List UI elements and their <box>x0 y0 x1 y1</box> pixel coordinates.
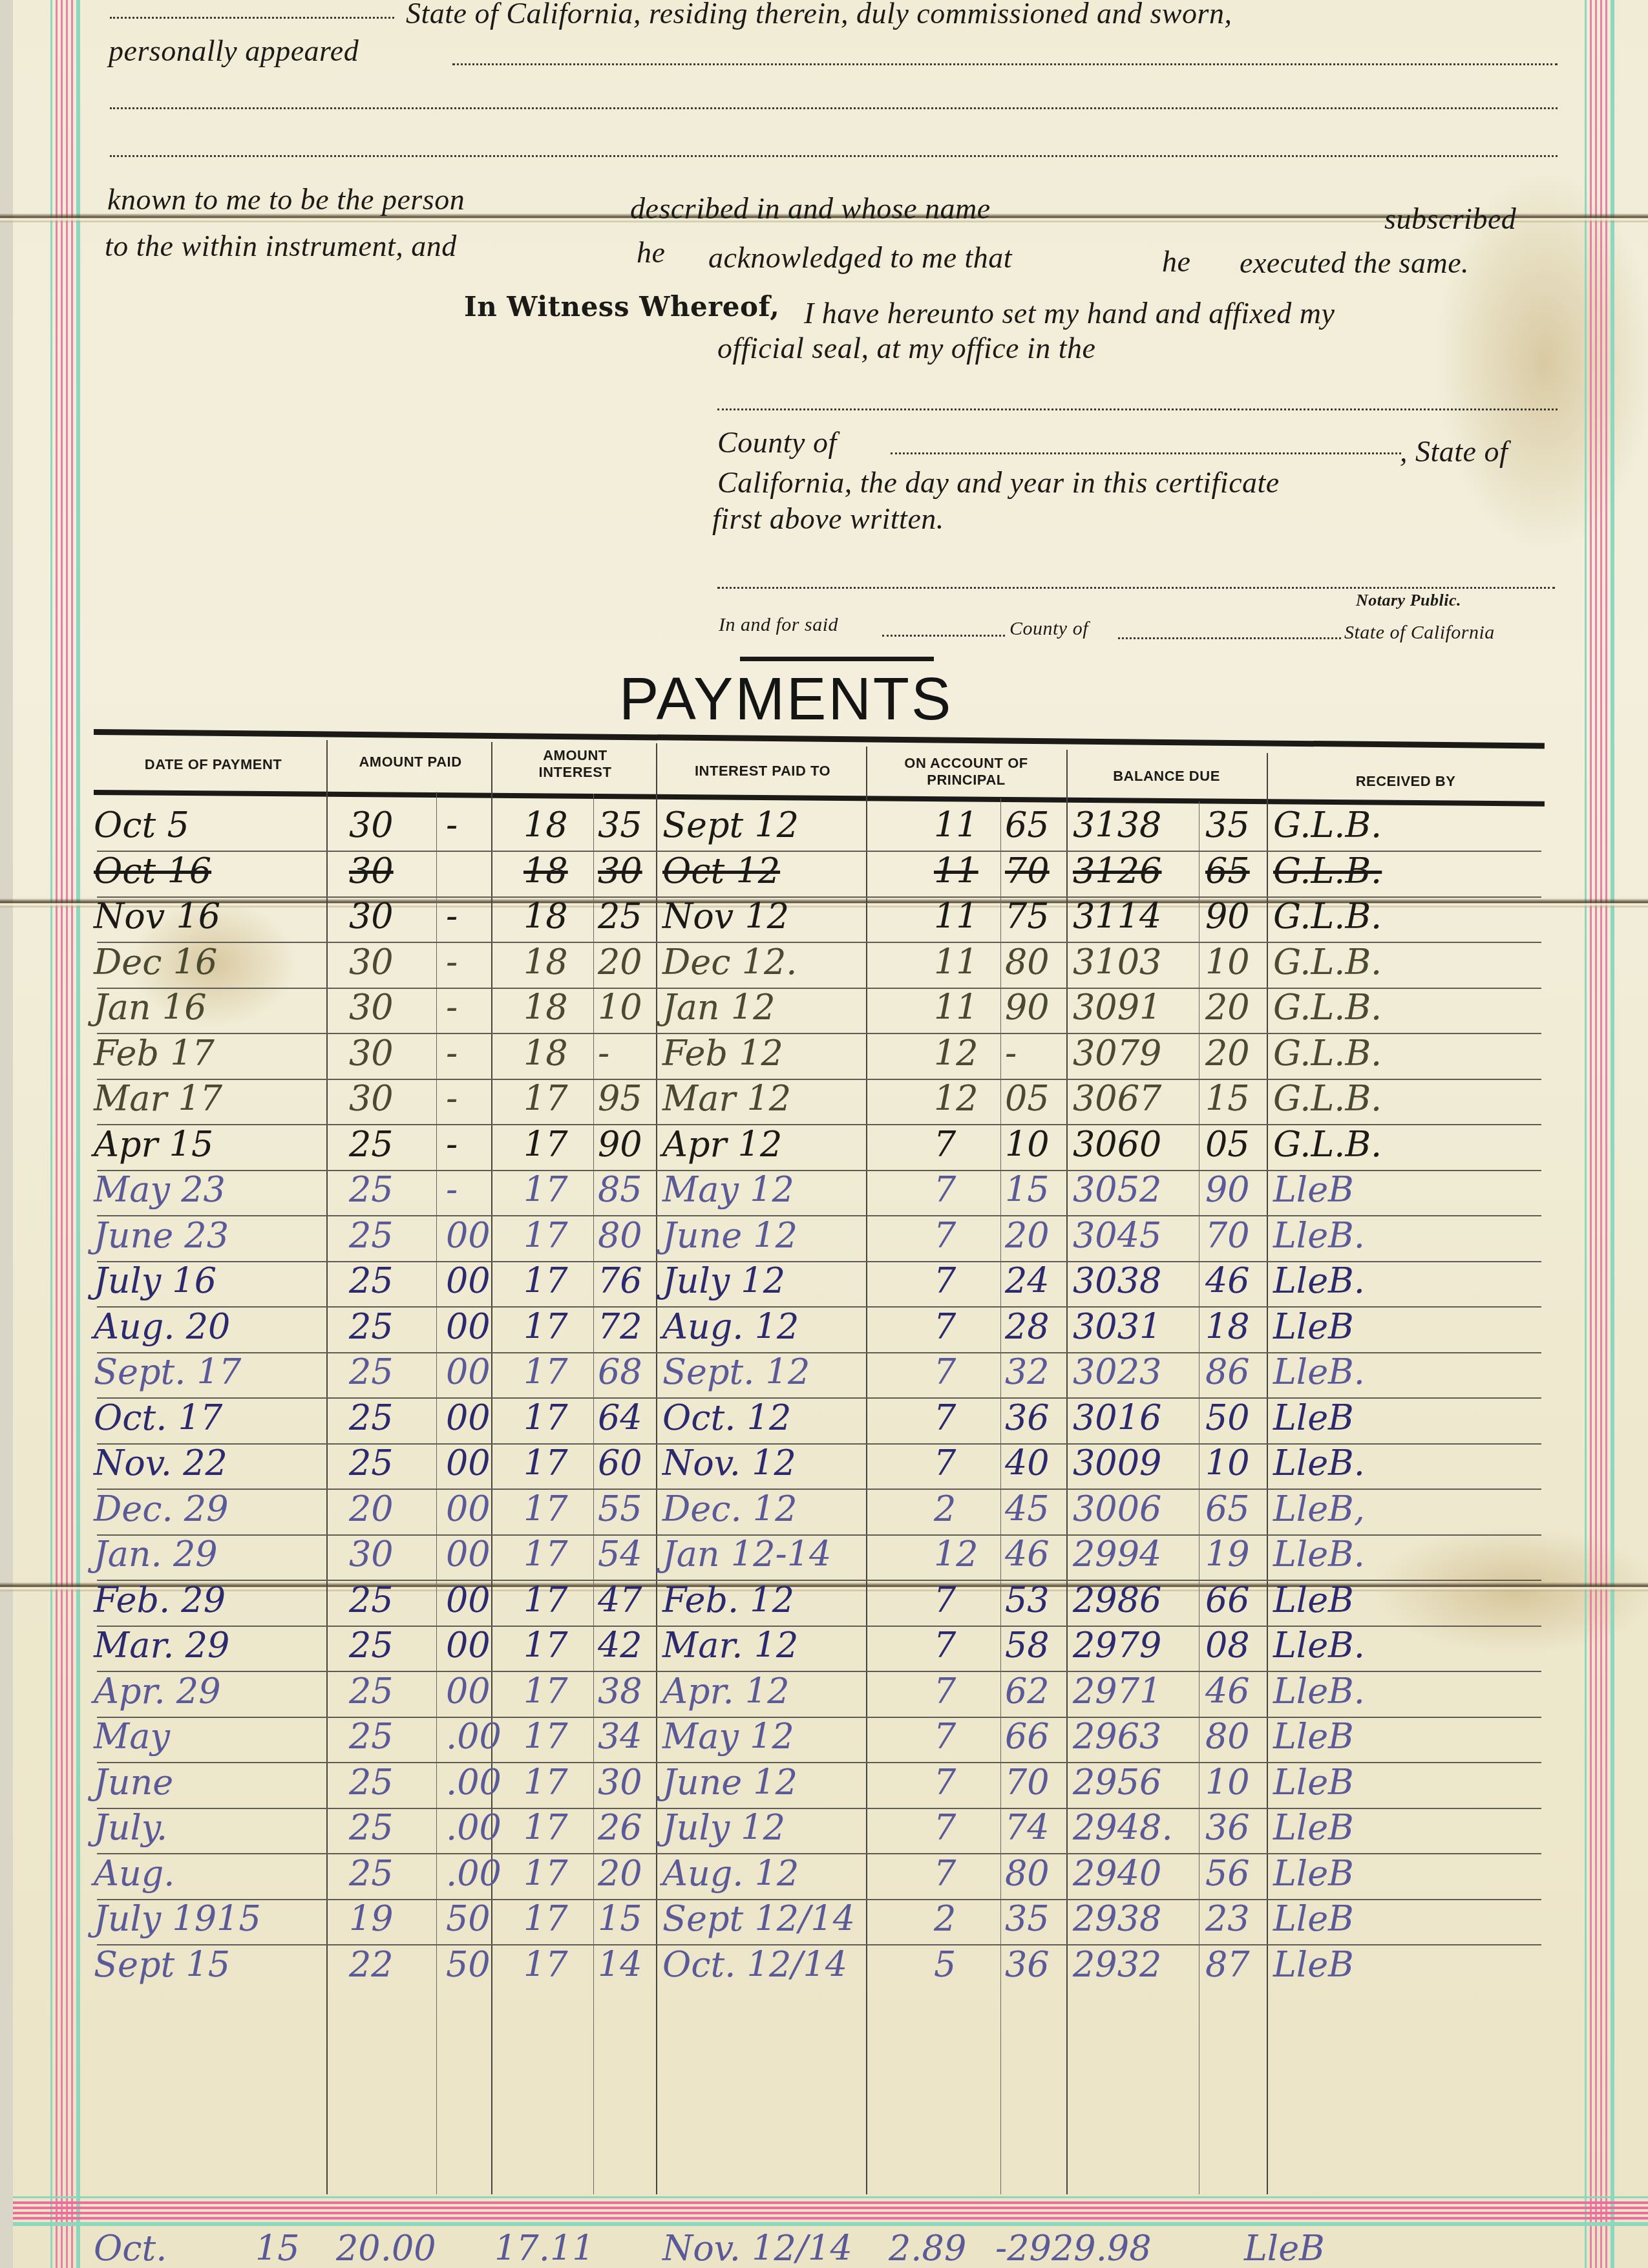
payment-row[interactable]: Oct 530-1835Sept 121165313835G.L.B. <box>94 808 1545 847</box>
interest-cents-cell: 80 <box>598 1214 642 1257</box>
first-above-written: first above written. <box>712 502 944 536</box>
principal-cents-cell: 80 <box>1005 941 1050 984</box>
received-by-cell: LleB <box>1273 1715 1354 1758</box>
principal-cell: 11 <box>934 986 978 1029</box>
blank-line[interactable] <box>110 107 1558 109</box>
interest-cell: 17 <box>523 1807 568 1849</box>
bottom-margin-rule <box>13 2196 1648 2226</box>
balance-cell: 3023 <box>1073 1351 1161 1394</box>
interest-cell: 17 <box>523 1533 568 1576</box>
balance-cell: 2971 <box>1073 1670 1161 1713</box>
overflow-payment-row[interactable]: Oct. 15 20.00 17.11 Nov. 12/14 2.89 -292… <box>94 2231 1545 2268</box>
principal-cents-cell: 10 <box>1005 1123 1050 1166</box>
blank-line[interactable] <box>1118 637 1341 639</box>
interest-paid-to-cell: Feb 12 <box>662 1032 783 1075</box>
blank-line[interactable] <box>110 155 1558 157</box>
principal-cents-cell: 40 <box>1005 1442 1050 1485</box>
balance-cents-cell: 66 <box>1205 1579 1250 1622</box>
interest-cell: 17 <box>523 1123 568 1166</box>
principal-cell: 7 <box>934 1260 956 1302</box>
balance-cell: 3045 <box>1073 1214 1161 1257</box>
principal-cents-cell: 15 <box>1005 1169 1050 1211</box>
interest-paid-to-cell: Dec. 12 <box>662 1488 798 1531</box>
payment-row[interactable]: Feb. 2925001747Feb. 12753298666LleB <box>94 1583 1545 1622</box>
balance-cell: 3009 <box>1073 1442 1161 1485</box>
balance-cell: 3038 <box>1073 1260 1161 1302</box>
amount-paid-cents-cell: .00 <box>446 1807 502 1849</box>
col-amount-paid: AMOUNT PAID <box>333 754 488 770</box>
payment-row[interactable]: May25.001734May 12766296380LleB <box>94 1719 1545 1758</box>
principal-cents-cell: 20 <box>1005 1214 1050 1257</box>
principal-cell: 7 <box>934 1761 956 1804</box>
principal-cents-cell: 90 <box>1005 986 1050 1029</box>
balance-cell: 2956 <box>1073 1761 1161 1804</box>
balance-cents-cell: 10 <box>1205 1442 1250 1485</box>
certificate-he: he <box>637 235 665 270</box>
balance-cents-cell: 05 <box>1205 1123 1250 1166</box>
interest-cents-cell: 30 <box>598 850 642 893</box>
certificate-subscribed: subscribed <box>1384 202 1516 236</box>
principal-cell: 7 <box>934 1351 956 1394</box>
interest-cell: 17 <box>523 1715 568 1758</box>
payment-row[interactable]: July 191519501715Sept 12/14235293823LleB <box>94 1902 1545 1940</box>
principal-cents-cell: 05 <box>1005 1077 1050 1120</box>
certificate-line-1: State of California, residing therein, d… <box>406 0 1232 30</box>
blank-line[interactable] <box>882 635 1005 637</box>
payment-row[interactable]: Jan. 2930001754Jan 12-141246299419LleB. <box>94 1537 1545 1576</box>
amount-paid-cents-cell: 00 <box>446 1306 491 1348</box>
received-by-cell: LleB. <box>1273 1260 1365 1302</box>
principal-cell: 7 <box>934 1123 956 1166</box>
interest-cell: 17 <box>523 1898 568 1940</box>
amount-paid-cell: 30 <box>349 895 394 938</box>
balance-cents-cell: 36 <box>1205 1807 1250 1849</box>
amount-paid-cell: 25 <box>349 1123 394 1166</box>
amount-paid-cents-cell: - <box>446 941 458 984</box>
balance-cents-cell: 10 <box>1205 941 1250 984</box>
balance-cell: 3031 <box>1073 1306 1161 1348</box>
interest-cents-cell: 30 <box>598 1761 642 1804</box>
interest-cents-cell: 14 <box>598 1944 642 1986</box>
amount-paid-cell: 25 <box>349 1442 394 1485</box>
balance-cents-cell: 18 <box>1205 1306 1250 1348</box>
state-of-label: , State of <box>1400 434 1508 469</box>
balance-cell: 2986 <box>1073 1579 1161 1622</box>
principal-cents-cell: 36 <box>1005 1397 1050 1439</box>
principal-cents-cell: 80 <box>1005 1852 1050 1895</box>
date-cell: Jan. 29 <box>94 1533 218 1576</box>
signature-blank[interactable] <box>717 587 1555 589</box>
date-cell: Sept 15 <box>94 1944 230 1986</box>
balance-cell: 3138 <box>1073 804 1161 847</box>
balance-cell: 2994 <box>1073 1533 1161 1576</box>
certificate-he: he <box>1162 244 1190 279</box>
interest-paid-to-cell: Sept 12 <box>662 804 799 847</box>
principal-cents-cell: 58 <box>1005 1624 1050 1667</box>
date-cell: Sept. 17 <box>94 1351 241 1394</box>
date-cell: Mar 17 <box>94 1077 222 1120</box>
interest-cents-cell: 85 <box>598 1169 642 1211</box>
interest-paid-to-cell: May 12 <box>662 1169 794 1211</box>
county-of-label: County of <box>717 425 837 460</box>
witness-text: I have hereunto set my hand and affixed … <box>804 296 1335 330</box>
received-by-cell: LleB. <box>1273 1214 1365 1257</box>
date-cell: Oct 16 <box>94 850 211 893</box>
interest-paid-to-cell: Sept. 12 <box>662 1351 810 1394</box>
overflow-paid-to: Nov. 12/14 <box>662 2227 852 2268</box>
principal-cents-cell: 70 <box>1005 1761 1050 1804</box>
balance-cents-cell: 08 <box>1205 1624 1250 1667</box>
balance-cents-cell: 35 <box>1205 804 1250 847</box>
principal-cell: 12 <box>934 1533 978 1576</box>
blank-line[interactable] <box>110 17 394 19</box>
amount-paid-cell: 30 <box>349 986 394 1029</box>
balance-cents-cell: 86 <box>1205 1351 1250 1394</box>
left-margin-rule <box>50 0 80 2268</box>
balance-cell: 3052 <box>1073 1169 1161 1211</box>
amount-paid-cell: 19 <box>349 1898 394 1940</box>
interest-cell: 17 <box>523 1214 568 1257</box>
interest-paid-to-cell: Oct 12 <box>662 850 780 893</box>
amount-paid-cents-cell: 00 <box>446 1533 491 1576</box>
payment-row[interactable]: Aug.25.001720Aug. 12780294056LleB <box>94 1856 1545 1895</box>
payment-row[interactable]: Apr 1525-1790Apr 12710306005G.L.B. <box>94 1127 1545 1166</box>
amount-paid-cell: 25 <box>349 1579 394 1622</box>
witness-heading: In Witness Whereof, <box>464 291 779 323</box>
date-cell: Dec. 29 <box>94 1488 229 1531</box>
payment-row[interactable]: June 2325001780June 12720304570LleB. <box>94 1218 1545 1257</box>
date-cell: Nov 16 <box>94 895 220 938</box>
date-cell: July. <box>94 1807 167 1849</box>
interest-cents-cell: 35 <box>598 804 642 847</box>
overflow-principal: 2.89 <box>889 2227 966 2268</box>
amount-paid-cell: 20 <box>349 1488 394 1531</box>
balance-cents-cell: 50 <box>1205 1397 1250 1439</box>
interest-cents-cell: 47 <box>598 1579 642 1622</box>
principal-cents-cell: 46 <box>1005 1533 1050 1576</box>
interest-cell: 17 <box>523 1351 568 1394</box>
county-of-small: County of <box>1009 618 1088 640</box>
balance-cell: 3103 <box>1073 941 1161 984</box>
interest-paid-to-cell: May 12 <box>662 1715 794 1758</box>
balance-cell: 2948. <box>1073 1807 1173 1849</box>
payment-row[interactable]: Dec. 2920001755Dec. 12245300665LleB, <box>94 1492 1545 1531</box>
received-by-cell: LleB <box>1273 1852 1354 1895</box>
balance-cents-cell: 80 <box>1205 1715 1250 1758</box>
interest-paid-to-cell: June 12 <box>662 1214 798 1257</box>
blank-line[interactable] <box>717 408 1558 410</box>
payment-row[interactable]: July.25.001726July 127742948.36LleB <box>94 1810 1545 1849</box>
interest-cell: 18 <box>523 986 568 1029</box>
date-cell: May 23 <box>94 1169 226 1211</box>
interest-cell: 17 <box>523 1761 568 1804</box>
date-cell: July 1915 <box>94 1898 261 1940</box>
interest-cents-cell: 10 <box>598 986 642 1029</box>
received-by-cell: LleB <box>1273 1169 1354 1211</box>
amount-paid-cell: 25 <box>349 1260 394 1302</box>
balance-cell: 3060 <box>1073 1123 1161 1166</box>
interest-cell: 17 <box>523 1442 568 1485</box>
balance-cents-cell: 70 <box>1205 1214 1250 1257</box>
received-by-cell: G.L.B. <box>1273 850 1382 893</box>
state-of-california: State of California <box>1344 622 1495 644</box>
balance-cents-cell: 20 <box>1205 986 1250 1029</box>
amount-paid-cell: 30 <box>349 1077 394 1120</box>
payment-row[interactable]: Oct. 1725001764Oct. 12736301650LleB <box>94 1401 1545 1439</box>
interest-cell: 18 <box>523 1032 568 1075</box>
amount-paid-cents-cell: 00 <box>446 1260 491 1302</box>
payment-row[interactable]: Nov 1630-1825Nov 121175311490G.L.B. <box>94 899 1545 938</box>
balance-cents-cell: 87 <box>1205 1944 1250 1986</box>
received-by-cell: LleB. <box>1273 1351 1365 1394</box>
amount-paid-cell: 25 <box>349 1306 394 1348</box>
certificate-executed: executed the same. <box>1240 246 1469 280</box>
payment-row[interactable]: Oct 16301830Oct 121170312665G.L.B. <box>94 854 1545 893</box>
balance-cell: 2938 <box>1073 1898 1161 1940</box>
payment-row[interactable]: Apr. 2925001738Apr. 12762297146LleB. <box>94 1674 1545 1713</box>
payment-row[interactable]: June25.001730June 12770295610LleB <box>94 1765 1545 1804</box>
overflow-balance: -2929.98 <box>995 2227 1152 2268</box>
interest-cell: 17 <box>523 1579 568 1622</box>
balance-cents-cell: 46 <box>1205 1260 1250 1302</box>
balance-cell: 2963 <box>1073 1715 1161 1758</box>
principal-cell: 12 <box>934 1032 978 1075</box>
interest-cell: 17 <box>523 1077 568 1120</box>
payment-row[interactable]: Jan 1630-1810Jan 121190309120G.L.B. <box>94 990 1545 1029</box>
interest-paid-to-cell: Mar 12 <box>662 1077 791 1120</box>
balance-cents-cell: 65 <box>1205 1488 1250 1531</box>
payment-row[interactable]: Mar. 2925001742Mar. 12758297908LleB. <box>94 1628 1545 1667</box>
amount-paid-cell: 25 <box>349 1761 394 1804</box>
amount-paid-cents-cell: 00 <box>446 1579 491 1622</box>
interest-paid-to-cell: Mar. 12 <box>662 1624 798 1667</box>
received-by-cell: G.L.B. <box>1273 941 1382 984</box>
principal-cents-cell: 45 <box>1005 1488 1050 1531</box>
interest-cents-cell: 95 <box>598 1077 642 1120</box>
date-cell: Nov. 22 <box>94 1442 227 1485</box>
col-received-by: RECEIVED BY <box>1270 773 1541 790</box>
received-by-cell: LleB <box>1273 1579 1354 1622</box>
interest-paid-to-cell: Jan 12 <box>662 986 776 1029</box>
interest-cents-cell: 42 <box>598 1624 642 1667</box>
interest-cents-cell: 25 <box>598 895 642 938</box>
county-blank[interactable] <box>891 452 1401 454</box>
principal-cell: 2 <box>934 1898 956 1940</box>
principal-cents-cell: 74 <box>1005 1807 1050 1849</box>
overflow-year: 15 <box>255 2227 300 2268</box>
interest-cell: 18 <box>523 941 568 984</box>
interest-cents-cell: 15 <box>598 1898 642 1940</box>
interest-paid-to-cell: Apr 12 <box>662 1123 782 1166</box>
principal-cell: 11 <box>934 850 978 893</box>
interest-paid-to-cell: July 12 <box>662 1260 785 1302</box>
interest-paid-to-cell: July 12 <box>662 1807 785 1849</box>
interest-cents-cell: 72 <box>598 1306 642 1348</box>
balance-cents-cell: 10 <box>1205 1761 1250 1804</box>
certificate-known-to-me: known to me to be the person <box>107 182 465 217</box>
amount-paid-cents-cell: 50 <box>446 1944 491 1986</box>
date-cell: Aug. <box>94 1852 175 1895</box>
principal-cents-cell: 66 <box>1005 1715 1050 1758</box>
interest-cents-cell: 76 <box>598 1260 642 1302</box>
amount-paid-cents-cell: 00 <box>446 1624 491 1667</box>
principal-cell: 7 <box>934 1624 956 1667</box>
balance-cents-cell: 19 <box>1205 1533 1250 1576</box>
received-by-cell: LleB <box>1273 1898 1354 1940</box>
principal-cents-cell: 65 <box>1005 804 1050 847</box>
interest-cents-cell: 55 <box>598 1488 642 1531</box>
balance-cell: 3091 <box>1073 986 1161 1029</box>
principal-cell: 7 <box>934 1442 956 1485</box>
principal-cell: 7 <box>934 1214 956 1257</box>
interest-cell: 18 <box>523 804 568 847</box>
amount-paid-cents-cell: .00 <box>446 1852 502 1895</box>
blank-line[interactable] <box>452 63 1558 65</box>
payment-row[interactable]: Aug. 2025001772Aug. 12728303118LleB <box>94 1309 1545 1348</box>
certificate-described: described in and whose name <box>630 191 991 226</box>
amount-paid-cell: 25 <box>349 1397 394 1439</box>
interest-paid-to-cell: Jan 12-14 <box>662 1533 831 1576</box>
interest-cell: 17 <box>523 1670 568 1713</box>
date-cell: Mar. 29 <box>94 1624 229 1667</box>
received-by-cell: LleB. <box>1273 1533 1365 1576</box>
balance-cents-cell: 65 <box>1205 850 1250 893</box>
principal-cell: 11 <box>934 941 978 984</box>
amount-paid-cell: 25 <box>349 1169 394 1211</box>
principal-cents-cell: 28 <box>1005 1306 1050 1348</box>
principal-cents-cell: 35 <box>1005 1898 1050 1940</box>
amount-paid-cents-cell: - <box>446 1123 458 1166</box>
payment-row[interactable]: May 2325-1785May 12715305290LleB <box>94 1172 1545 1211</box>
amount-paid-cell: 25 <box>349 1715 394 1758</box>
balance-cents-cell: 46 <box>1205 1670 1250 1713</box>
principal-cell: 7 <box>934 1807 956 1849</box>
principal-cents-cell: 36 <box>1005 1944 1050 1986</box>
payment-row[interactable]: Nov. 2225001760Nov. 12740300910LleB. <box>94 1446 1545 1485</box>
payment-row[interactable]: Dec 1630-1820Dec 12.1180310310G.L.B. <box>94 945 1545 984</box>
balance-cents-cell: 90 <box>1205 1169 1250 1211</box>
certificate-within-instrument: to the within instrument, and <box>105 229 457 263</box>
interest-cents-cell: 68 <box>598 1351 642 1394</box>
interest-paid-to-cell: Aug. 12 <box>662 1306 799 1348</box>
payment-row[interactable]: July 1625001776July 12724303846LleB. <box>94 1264 1545 1302</box>
balance-cell: 2932 <box>1073 1944 1161 1986</box>
interest-cell: 17 <box>523 1397 568 1439</box>
principal-cents-cell: 62 <box>1005 1670 1050 1713</box>
interest-cents-cell: 60 <box>598 1442 642 1485</box>
interest-cell: 17 <box>523 1624 568 1667</box>
principal-cell: 2 <box>934 1488 956 1531</box>
certificate-acknowledged: acknowledged to me that <box>708 240 1012 275</box>
amount-paid-cents-cell: 00 <box>446 1670 491 1713</box>
received-by-cell: LleB <box>1273 1761 1354 1804</box>
balance-cell: 3079 <box>1073 1032 1161 1075</box>
principal-cents-cell: 24 <box>1005 1260 1050 1302</box>
payment-row[interactable]: Mar 1730-1795Mar 121205306715G.L.B. <box>94 1081 1545 1120</box>
interest-paid-to-cell: June 12 <box>662 1761 798 1804</box>
date-cell: Apr 15 <box>94 1123 213 1166</box>
balance-cents-cell: 56 <box>1205 1852 1250 1895</box>
interest-paid-to-cell: Dec 12. <box>662 941 798 984</box>
principal-cell: 7 <box>934 1852 956 1895</box>
received-by-cell: G.L.B. <box>1273 804 1382 847</box>
interest-cell: 17 <box>523 1852 568 1895</box>
balance-cell: 3114 <box>1073 895 1161 938</box>
amount-paid-cents-cell: - <box>446 1077 458 1120</box>
date-cell: June 23 <box>94 1214 229 1257</box>
amount-paid-cell: 25 <box>349 1624 394 1667</box>
interest-paid-to-cell: Nov 12 <box>662 895 789 938</box>
amount-paid-cents-cell: - <box>446 1169 458 1211</box>
balance-cents-cell: 90 <box>1205 895 1250 938</box>
date-cell: Oct 5 <box>94 804 189 847</box>
principal-cell: 7 <box>934 1397 956 1439</box>
interest-paid-to-cell: Oct. 12/14 <box>662 1944 847 1986</box>
seal-text: official seal, at my office in the <box>717 331 1096 365</box>
amount-paid-cell: 22 <box>349 1944 394 1986</box>
amount-paid-cents-cell: .00 <box>446 1715 502 1758</box>
received-by-cell: G.L.B. <box>1273 986 1382 1029</box>
amount-paid-cell: 25 <box>349 1807 394 1849</box>
interest-cents-cell: 54 <box>598 1533 642 1576</box>
interest-paid-to-cell: Sept 12/14 <box>662 1898 855 1940</box>
principal-cents-cell: 32 <box>1005 1351 1050 1394</box>
amount-paid-cents-cell: 50 <box>446 1898 491 1940</box>
interest-cell: 18 <box>523 850 568 893</box>
col-on-account-of-principal: ON ACCOUNT OF PRINCIPAL <box>869 755 1063 789</box>
date-cell: Dec 16 <box>94 941 217 984</box>
principal-cell: 7 <box>934 1579 956 1622</box>
principal-cell: 5 <box>934 1944 956 1986</box>
payments-title: PAYMENTS <box>619 666 953 734</box>
principal-cell: 12 <box>934 1077 978 1120</box>
interest-cents-cell: 90 <box>598 1123 642 1166</box>
date-cell: Feb. 29 <box>94 1579 226 1622</box>
notary-public-label: Notary Public. <box>1356 591 1461 610</box>
amount-paid-cell: 25 <box>349 1852 394 1895</box>
principal-cell: 11 <box>934 804 978 847</box>
amount-paid-cents-cell: 00 <box>446 1397 491 1439</box>
date-cell: Aug. 20 <box>94 1306 230 1348</box>
amount-paid-cell: 30 <box>349 1533 394 1576</box>
interest-cell: 17 <box>523 1944 568 1986</box>
interest-paid-to-cell: Nov. 12 <box>662 1442 796 1485</box>
principal-cents-cell: - <box>1005 1032 1017 1075</box>
payment-row[interactable]: Sept. 1725001768Sept. 12732302386LleB. <box>94 1355 1545 1394</box>
interest-cents-cell: 34 <box>598 1715 642 1758</box>
amount-paid-cents-cell: - <box>446 1032 458 1075</box>
interest-cents-cell: - <box>598 1032 609 1075</box>
balance-cell: 3126 <box>1073 850 1161 893</box>
balance-cell: 3067 <box>1073 1077 1161 1120</box>
col-amount-interest: AMOUNT INTEREST <box>498 747 653 781</box>
received-by-cell: G.L.B. <box>1273 895 1382 938</box>
interest-cents-cell: 20 <box>598 941 642 984</box>
interest-paid-to-cell: Oct. 12 <box>662 1397 791 1439</box>
received-by-cell: G.L.B. <box>1273 1123 1382 1166</box>
received-by-cell: LleB. <box>1273 1442 1365 1485</box>
date-cell: May <box>94 1715 170 1758</box>
payment-row[interactable]: Feb 1730-18-Feb 1212-307920G.L.B. <box>94 1036 1545 1075</box>
amount-paid-cents-cell: 00 <box>446 1488 491 1531</box>
balance-cents-cell: 23 <box>1205 1898 1250 1940</box>
overflow-date: Oct. <box>94 2227 167 2268</box>
overflow-paid: 20.00 <box>336 2227 436 2268</box>
amount-paid-cell: 30 <box>349 941 394 984</box>
payment-row[interactable]: Sept 1522501714Oct. 12/14536293287LleB <box>94 1947 1545 1986</box>
interest-cents-cell: 38 <box>598 1670 642 1713</box>
principal-cents-cell: 53 <box>1005 1579 1050 1622</box>
